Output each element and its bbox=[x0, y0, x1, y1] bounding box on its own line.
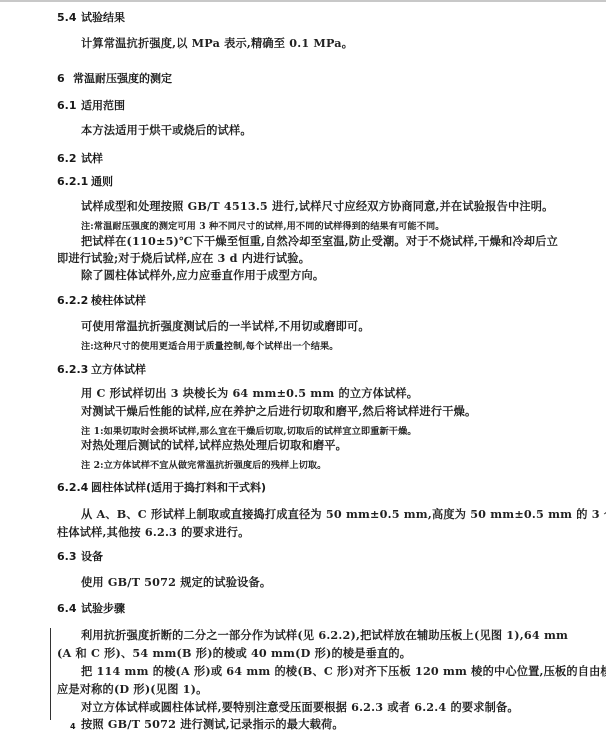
section-title: 圆柱体试样(适用于捣打料和干式料) bbox=[91, 481, 266, 494]
section-title: 试验结果 bbox=[81, 11, 125, 24]
section-number: 6.4 bbox=[57, 602, 81, 615]
section-number: 6 bbox=[57, 72, 73, 85]
section-title: 设备 bbox=[81, 550, 103, 563]
heading-6-1: 6.1适用范围 bbox=[57, 97, 125, 113]
section-number: 6.3 bbox=[57, 550, 81, 563]
heading-6-2-4: 6.2.4圆柱体试样(适用于捣打料和干式料) bbox=[57, 479, 266, 495]
paragraph: 把试样在(110±5)℃下干燥至恒重,自然冷却至室温,防止受潮。对于不烧试样,干… bbox=[81, 233, 558, 249]
heading-6-4: 6.4试验步骤 bbox=[57, 600, 125, 616]
paragraph: 对立方体试样或圆柱体试样,要特别注意受压面要根据 6.2.3 或者 6.2.4 … bbox=[81, 699, 519, 715]
section-title: 常温耐压强度的测定 bbox=[73, 72, 172, 85]
note: 注 2:立方体试样不宜从做完常温抗折强度后的残样上切取。 bbox=[81, 457, 326, 471]
paragraph: 除了圆柱体试样外,应力应垂直作用于成型方向。 bbox=[81, 267, 324, 283]
paragraph: 本方法适用于烘干或烧后的试样。 bbox=[81, 122, 252, 138]
section-number: 6.2.4 bbox=[57, 481, 91, 494]
heading-6: 6常温耐压强度的测定 bbox=[57, 70, 172, 86]
paragraph: 把 114 mm 的棱(A 形)或 64 mm 的棱(B、C 形)对齐下压板 1… bbox=[81, 663, 606, 679]
paragraph: 计算常温抗折强度,以 MPa 表示,精确至 0.1 MPa。 bbox=[81, 35, 353, 51]
paragraph-continuation: 即进行试验;对于烧后试样,应在 3 d 内进行试验。 bbox=[57, 250, 310, 266]
change-bar bbox=[50, 628, 51, 720]
note: 注:常温耐压强度的测定可用 3 种不同尺寸的试样,用不同的试样得到的结果有可能不… bbox=[81, 218, 445, 232]
paragraph: 使用 GB/T 5072 规定的试验设备。 bbox=[81, 574, 271, 590]
paragraph: 按照 GB/T 5072 进行测试,记录指示的最大载荷。 bbox=[81, 716, 344, 731]
heading-6-3: 6.3设备 bbox=[57, 548, 103, 564]
section-title: 棱柱体试样 bbox=[91, 294, 146, 307]
section-title: 试验步骤 bbox=[81, 602, 125, 615]
section-number: 6.1 bbox=[57, 99, 81, 112]
paragraph: 可使用常温抗折强度测试后的一半试样,不用切或磨即可。 bbox=[81, 318, 370, 334]
document-page: 5.4试验结果 计算常温抗折强度,以 MPa 表示,精确至 0.1 MPa。 6… bbox=[0, 0, 606, 731]
note: 注 1:如果切取时会损坏试样,那么宜在干燥后切取,切取后的试样宜立即重新干燥。 bbox=[81, 423, 417, 437]
heading-6-2-1: 6.2.1通则 bbox=[57, 173, 113, 189]
paragraph: 对测试干燥后性能的试样,应在养护之后进行切取和磨平,然后将试样进行干燥。 bbox=[81, 403, 476, 419]
paragraph: 对热处理后测试的试样,试样应热处理后切取和磨平。 bbox=[81, 437, 347, 453]
heading-6-2-2: 6.2.2棱柱体试样 bbox=[57, 292, 146, 308]
heading-6-2-3: 6.2.3立方体试样 bbox=[57, 361, 146, 377]
section-title: 通则 bbox=[91, 175, 113, 188]
paragraph: 试样成型和处理按照 GB/T 4513.5 进行,试样尺寸应经双方协商同意,并在… bbox=[81, 198, 554, 214]
paragraph: 利用抗折强度折断的二分之一部分作为试样(见 6.2.2),把试样放在辅助压板上(… bbox=[81, 627, 568, 643]
section-title: 立方体试样 bbox=[91, 363, 146, 376]
paragraph-continuation: 应是对称的(D 形)(见图 1)。 bbox=[57, 681, 208, 697]
paragraph: 用 C 形试样切出 3 块棱长为 64 mm±0.5 mm 的立方体试样。 bbox=[81, 385, 418, 401]
section-number: 6.2.3 bbox=[57, 363, 91, 376]
paragraph: 从 A、B、C 形试样上制取或直接捣打成直径为 50 mm±0.5 mm,高度为… bbox=[81, 506, 606, 522]
page-number: 4 bbox=[70, 722, 76, 731]
heading-5-4: 5.4试验结果 bbox=[57, 9, 125, 25]
section-number: 6.2.1 bbox=[57, 175, 91, 188]
section-title: 适用范围 bbox=[81, 99, 125, 112]
section-title: 试样 bbox=[81, 152, 103, 165]
heading-6-2: 6.2试样 bbox=[57, 150, 103, 166]
paragraph-continuation: (A 和 C 形)、54 mm(B 形)的棱或 40 mm(D 形)的棱是垂直的… bbox=[57, 645, 411, 661]
section-number: 6.2.2 bbox=[57, 294, 91, 307]
section-number: 5.4 bbox=[57, 11, 81, 24]
paragraph-continuation: 柱体试样,其他按 6.2.3 的要求进行。 bbox=[57, 524, 249, 540]
section-number: 6.2 bbox=[57, 152, 81, 165]
note: 注:这种尺寸的使用更适合用于质量控制,每个试样出一个结果。 bbox=[81, 338, 339, 352]
